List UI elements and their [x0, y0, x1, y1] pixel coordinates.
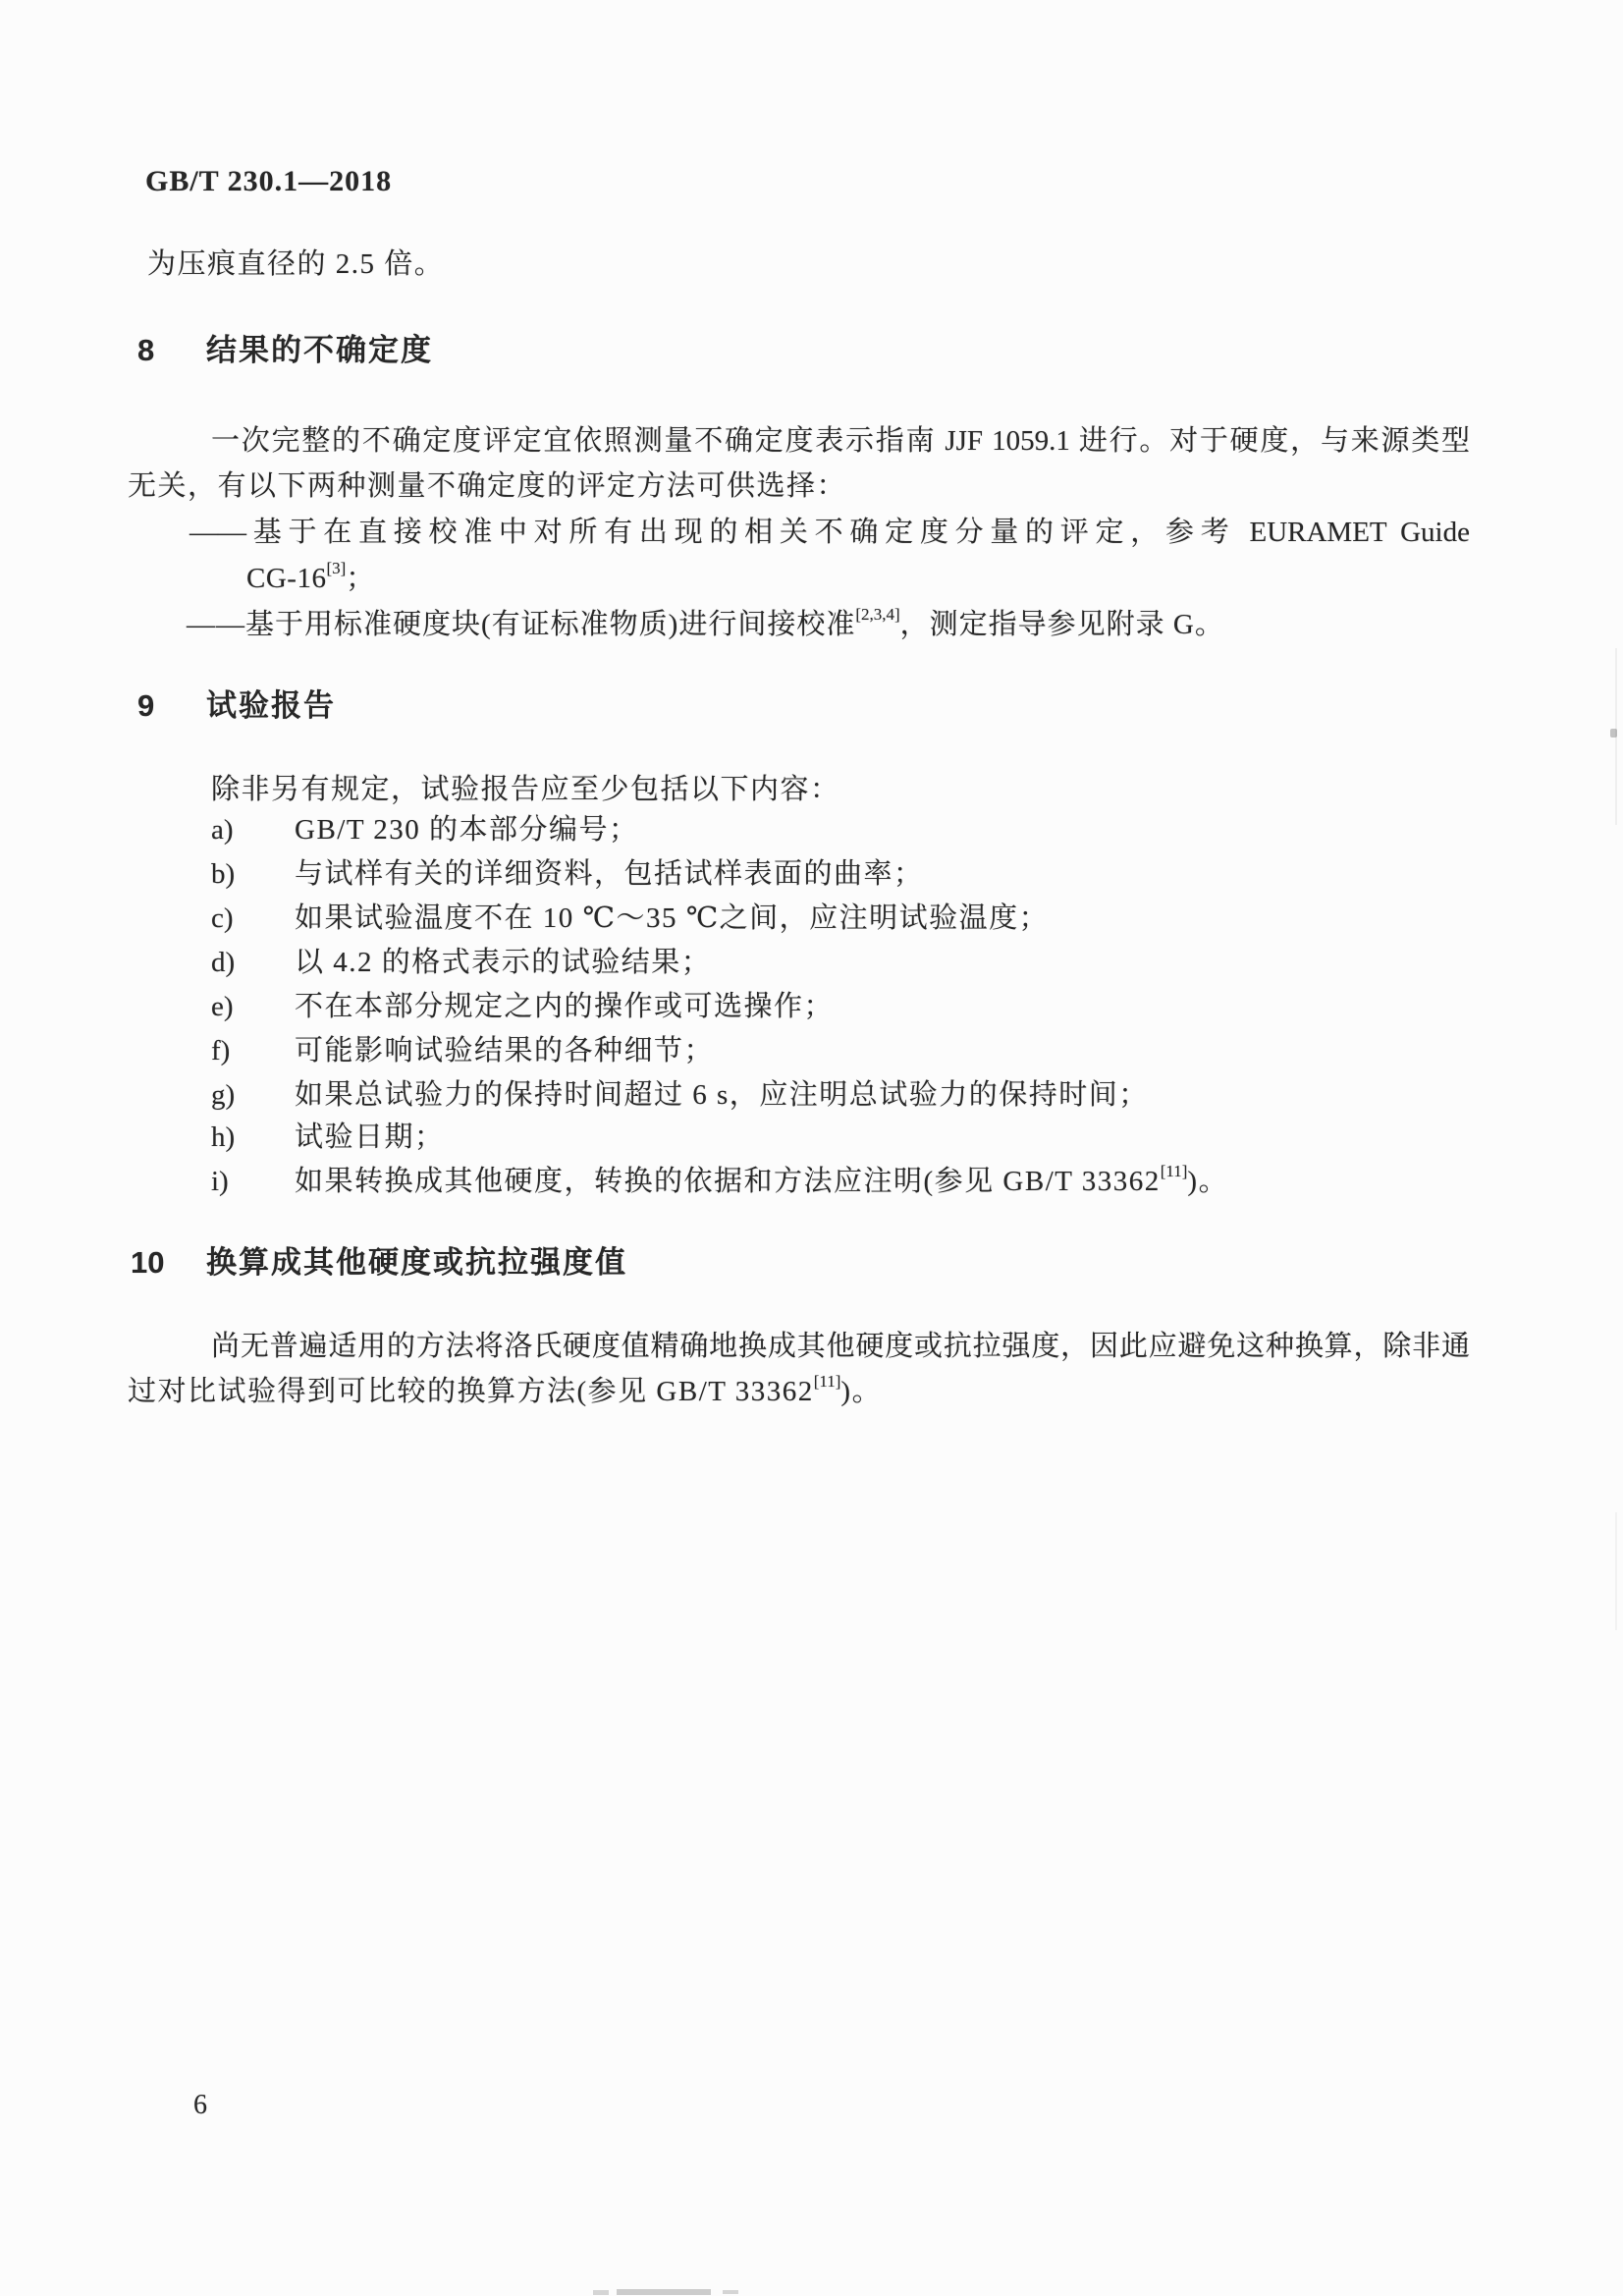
report-item-d: d)以 4.2 的格式表示的试验结果；: [211, 940, 711, 980]
section-10-number: 10: [131, 1245, 206, 1281]
reference-superscript: [11]: [814, 1372, 841, 1391]
report-item-f: f)可能影响试验结果的各种细节；: [211, 1028, 714, 1068]
item-label: f): [211, 1035, 295, 1067]
section-8-bullet-2: ——基于用标准硬度块(有证标准物质)进行间接校准[2,3,4]，测定指导参见附录…: [187, 602, 1224, 642]
section-8-heading: 8结果的不确定度: [137, 325, 433, 369]
report-item-b: b)与试样有关的详细资料，包括试样表面的曲率；: [211, 851, 924, 892]
report-item-c: c)如果试验温度不在 10 ℃～35 ℃之间，应注明试验温度；: [211, 896, 1049, 936]
report-item-g: g)如果总试验力的保持时间超过 6 s，应注明总试验力的保持时间；: [211, 1072, 1149, 1113]
item-label: h): [211, 1121, 295, 1154]
section-9-number: 9: [137, 688, 206, 724]
item-label: g): [211, 1079, 295, 1112]
reference-superscript: [11]: [1161, 1162, 1188, 1180]
report-item-i: i)如果转换成其他硬度，转换的依据和方法应注明(参见 GB/T 33362[11…: [211, 1159, 1228, 1199]
reference-superscript: [3]: [326, 559, 346, 577]
scan-streak-right-edge: [1615, 648, 1617, 825]
section-10-paragraph-line-2: 过对比试验得到可比较的换算方法(参见 GB/T 33362[11])。: [128, 1369, 882, 1409]
item-label: c): [211, 902, 295, 935]
report-item-h: h)试验日期；: [211, 1115, 445, 1155]
section-9-heading: 9试验报告: [137, 681, 336, 725]
scanned-standard-page: GB/T 230.1—2018 为压痕直径的 2.5 倍。 8结果的不确定度 一…: [0, 0, 1623, 2296]
section-8-title: 结果的不确定度: [206, 333, 433, 367]
report-item-e: e)不在本部分规定之内的操作或可选操作；: [211, 984, 834, 1024]
section-9-title: 试验报告: [206, 688, 336, 723]
section-10-paragraph-line-1: 尚无普遍适用的方法将洛氏硬度值精确地换成其他硬度或抗拉强度，因此应避免这种换算，…: [211, 1324, 1470, 1364]
section-8-paragraph-line-2: 无关，有以下两种测量不确定度的评定方法可供选择：: [128, 464, 846, 504]
section-9-intro: 除非另有规定，试验报告应至少包括以下内容：: [211, 767, 840, 807]
section-8-bullet-1-line-1: ——基于在直接校准中对所有出现的相关不确定度分量的评定，参考 EURAMET G…: [189, 510, 1470, 550]
standard-code-header: GB/T 230.1—2018: [145, 165, 392, 198]
section-8-number: 8: [137, 333, 206, 368]
section-8-bullet-1-line-2: CG-16[3]；: [246, 556, 375, 596]
scan-mark-bottom-2: [617, 2289, 711, 2295]
section-8-paragraph-line-1: 一次完整的不确定度评定宜依照测量不确定度表示指南 JJF 1059.1 进行。对…: [211, 418, 1470, 459]
scan-mark-bottom-1: [593, 2290, 609, 2295]
report-item-a: a)GB/T 230 的本部分编号；: [211, 807, 639, 847]
item-label: i): [211, 1166, 295, 1198]
section-10-title: 换算成其他硬度或抗拉强度值: [206, 1245, 627, 1280]
item-label: d): [211, 947, 295, 979]
reference-superscript: [2,3,4]: [855, 605, 899, 624]
item-label: b): [211, 858, 295, 891]
lead-sentence: 为压痕直径的 2.5 倍。: [147, 242, 444, 282]
item-label: e): [211, 991, 295, 1023]
page-number: 6: [193, 2090, 207, 2121]
scan-mark-bottom-3: [723, 2290, 738, 2294]
section-10-heading: 10换算成其他硬度或抗拉强度值: [131, 1237, 627, 1282]
item-label: a): [211, 814, 295, 847]
scan-streak-right-edge-lower: [1615, 1512, 1617, 1630]
